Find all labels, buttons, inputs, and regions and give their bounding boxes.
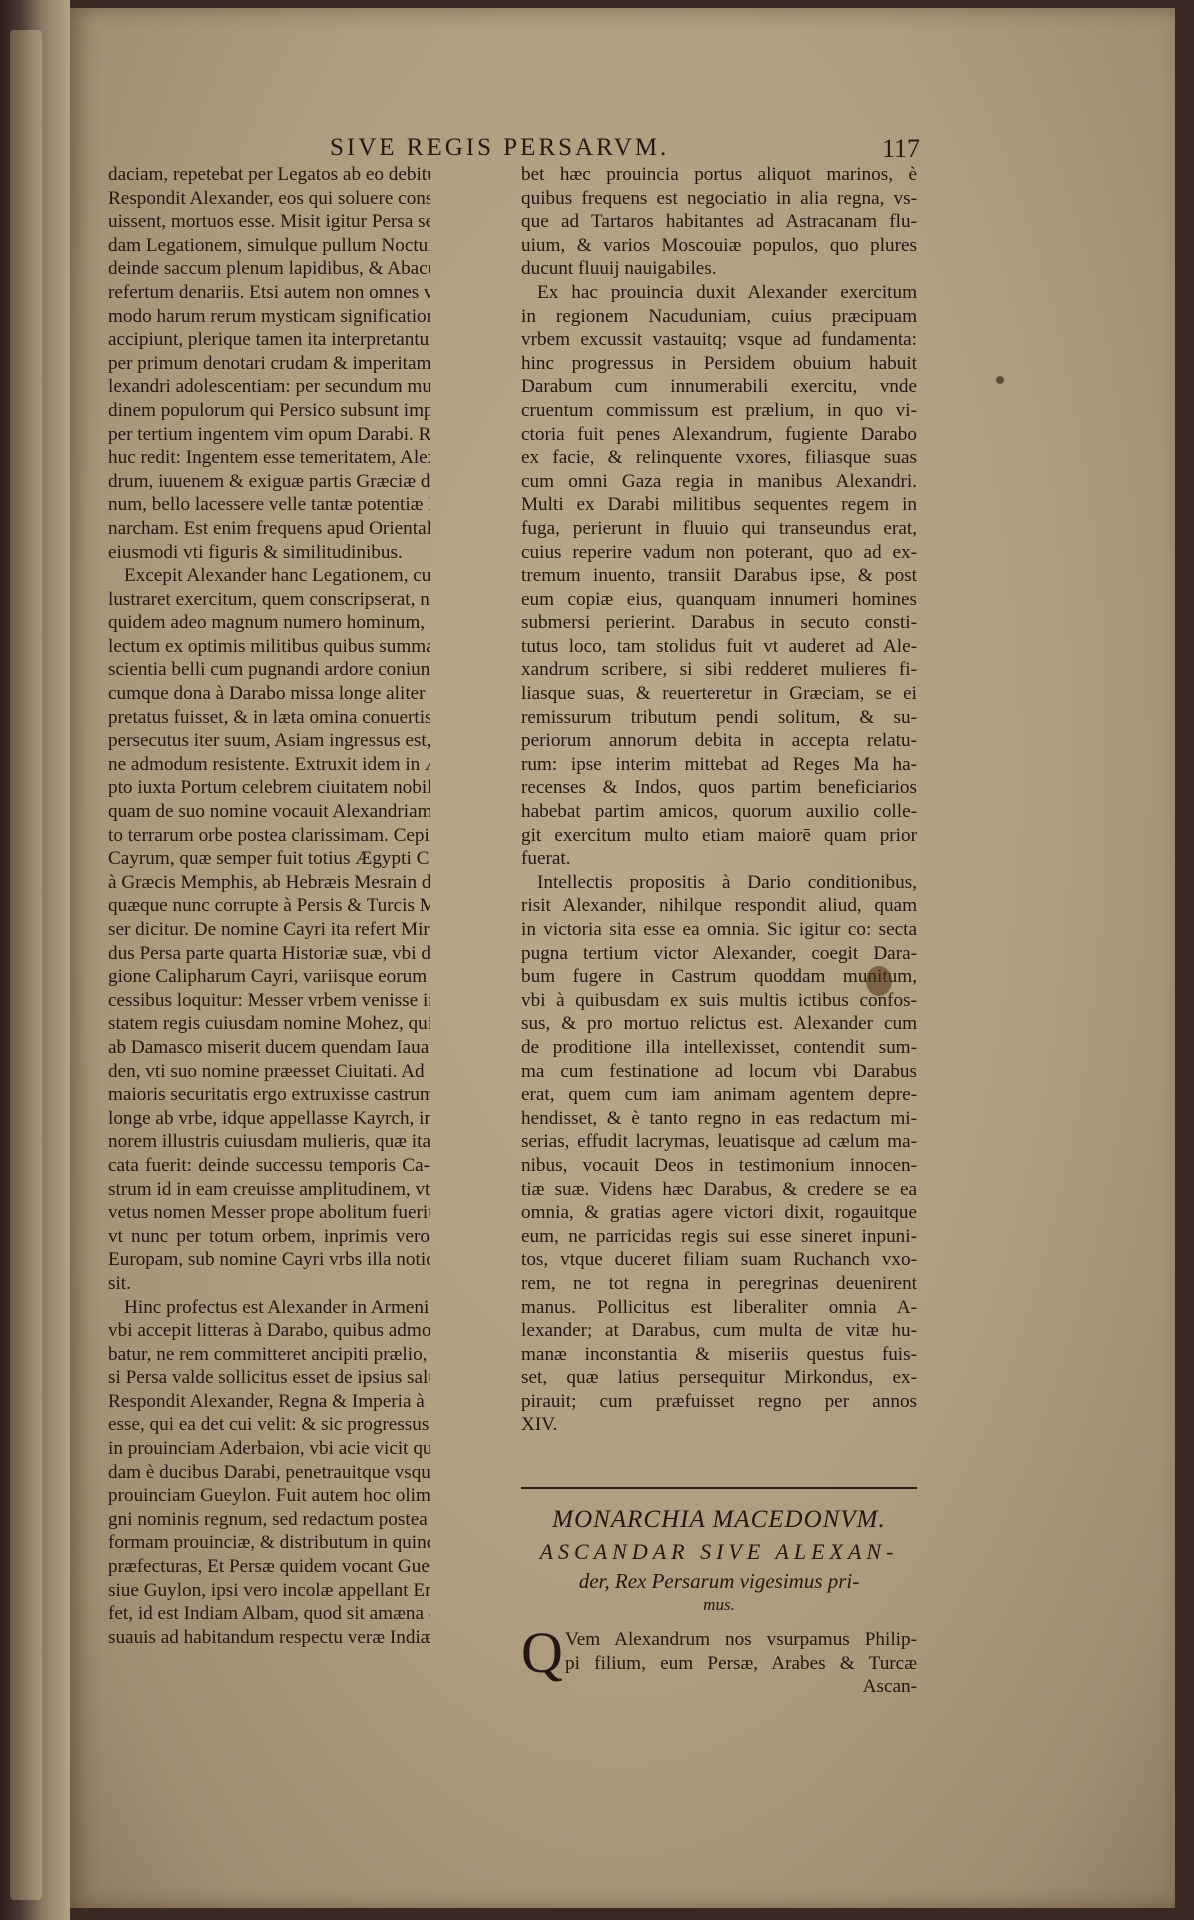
text-line: siue Guylon, ipsi vero incolæ appellant … — [108, 1579, 430, 1603]
text-line: Hinc profectus est Alexander in Armeniam… — [108, 1296, 430, 1320]
text-line: vrbem excussit vastauitq; vsque ad funda… — [521, 328, 917, 352]
text-line: serias, effudit lacrymas, leuatisque ad … — [521, 1130, 917, 1154]
text-line: Multi ex Darabi militibus sequentes rege… — [521, 493, 917, 517]
text-line: gni nominis regnum, sed redactum postea … — [108, 1508, 430, 1532]
text-line: periorum annorum debita in accepta relat… — [521, 729, 917, 753]
text-line: uium, & varios Moscouiæ populos, quo plu… — [521, 234, 917, 258]
text-line: pirauit; cum præfuisset regno per annos — [521, 1390, 917, 1414]
text-line: ma cum festinatione ad locum vbi Darabus — [521, 1060, 917, 1084]
text-line: batur, ne rem committeret ancipiti præli… — [108, 1343, 430, 1367]
text-line: ne admodum resistente. Extruxit idem in … — [108, 753, 430, 777]
text-line: cruentum commissum est prælium, in quo v… — [521, 399, 917, 423]
text-line: dam è ducibus Darabi, penetrauitque vsqu… — [108, 1461, 430, 1485]
text-line: formam prouinciæ, & distributum in quinq… — [108, 1531, 430, 1555]
text-line: to terrarum orbe postea clarissimam. Cep… — [108, 824, 430, 848]
text-line: cumque dona à Darabo missa longe aliter … — [108, 682, 430, 706]
text-line: fuga, perierunt in fluuio qui transeundu… — [521, 517, 917, 541]
right-text-column: bet hæc prouincia portus aliquot marinos… — [521, 163, 917, 1437]
text-line: eum copiæ eius, quanquam innumeri homine… — [521, 588, 917, 612]
text-line: Respondit Alexander, eos qui soluere con… — [108, 187, 430, 211]
text-line: quæque nunc corrupte à Persis & Turcis M… — [108, 894, 430, 918]
text-line: ducunt fluuij nauigabiles. — [521, 257, 917, 281]
text-line: Darabum cum innumerabili exercitu, vnde — [521, 375, 917, 399]
text-line: per primum denotari crudam & imperitam A… — [108, 352, 430, 376]
text-line: XIV. — [521, 1413, 917, 1437]
text-line: tos, vtque duceret filiam suam Ruchanch … — [521, 1248, 917, 1272]
text-line: uissent, mortuos esse. Misit igitur Pers… — [108, 210, 430, 234]
text-line: rum: ipse interim mittebat ad Reges Ma h… — [521, 753, 917, 777]
text-line: strum id in eam creuisse amplitudinem, v… — [108, 1178, 430, 1202]
text-line: refertum denariis. Etsi autem non omnes … — [108, 281, 430, 305]
text-line: sit. — [108, 1272, 430, 1296]
text-line: ab Damasco miserit ducem quendam Iauat C… — [108, 1036, 430, 1060]
text-line: statem regis cuiusdam nomine Mohez, qui … — [108, 1012, 430, 1036]
text-line: nibus, vocauit Deos in testimonium innoc… — [521, 1154, 917, 1178]
body-line: pi filium, eum Persæ, Arabes & Turcæ — [521, 1652, 917, 1676]
text-line: huc redit: Ingentem esse temeritatem, Al… — [108, 446, 430, 470]
text-line: num, bello lacessere velle tantæ potenti… — [108, 493, 430, 517]
text-line: fuerat. — [521, 847, 917, 871]
text-line: ser dicitur. De nomine Cayri ita refert … — [108, 918, 430, 942]
page-number: 117 — [882, 134, 920, 164]
text-line: vbi à quibusdam ex suis multis ictibus c… — [521, 989, 917, 1013]
text-line: eum, ne parricidas regis sui esse sinere… — [521, 1225, 917, 1249]
text-line: drum, iuuenem & exiguæ partis Græciæ dom… — [108, 470, 430, 494]
text-line: tutus loco, tam stolidus fuit vt auderet… — [521, 635, 917, 659]
text-line: in victoria sita esse ea omnia. Sic igit… — [521, 918, 917, 942]
text-line: lexander; at Darabus, cum multa de vitæ … — [521, 1319, 917, 1343]
section-divider-rule — [521, 1487, 917, 1489]
text-line: que ad Tartaros habitantes ad Astracanam… — [521, 210, 917, 234]
text-line: ctoria fuit penes Alexandrum, fugiente D… — [521, 423, 917, 447]
text-line: accipiunt, plerique tamen ita interpreta… — [108, 328, 430, 352]
text-line: manæ inconstantia & miseriis questus fui… — [521, 1343, 917, 1367]
catchword: Ascan- — [521, 1675, 917, 1699]
text-line: Excepit Alexander hanc Legationem, cum — [108, 564, 430, 588]
text-line: à Græcis Memphis, ab Hebræis Mesrain dic… — [108, 871, 430, 895]
section-body: Q Vem Alexandrum nos vsurpamus Philip- p… — [521, 1628, 917, 1699]
text-line: rem, ne tot regna in peregrinas deuenire… — [521, 1272, 917, 1296]
text-line: quam de suo nomine vocauit Alexandriam, … — [108, 800, 430, 824]
text-line: hinc progressus in Persidem obuium habui… — [521, 352, 917, 376]
text-line: Ex hac prouincia duxit Alexander exercit… — [521, 281, 917, 305]
text-line: liasque suas, & reuerteretur in Græciam,… — [521, 682, 917, 706]
ink-spot — [996, 376, 1004, 384]
text-line: risit Alexander, nihilque respondit aliu… — [521, 894, 917, 918]
text-line: habebat partim amicos, quorum auxilio co… — [521, 800, 917, 824]
text-line: tremum inuento, transiit Darabus ipse, &… — [521, 564, 917, 588]
text-line: hendisset, & è tanto regno in eas redact… — [521, 1107, 917, 1131]
text-line: deinde saccum plenum lapidibus, & Abacum — [108, 257, 430, 281]
text-line: si Persa valde sollicitus esset de ipsiu… — [108, 1366, 430, 1390]
book-binding-edge — [0, 0, 70, 1920]
text-line: vt nunc per totum orbem, inprimis vero — [108, 1225, 430, 1249]
text-line: in regionem Nacuduniam, cuius præcipuam — [521, 305, 917, 329]
adjacent-page-edge — [10, 30, 42, 1900]
text-line: cata fuerit: deinde successu temporis Ca… — [108, 1154, 430, 1178]
text-line: bet hæc prouincia portus aliquot marinos… — [521, 163, 917, 187]
text-line: Cayrum, quæ semper fuit totius Ægypti Ca… — [108, 847, 430, 871]
text-line: suauis ad habitandum respectu veræ Indiæ… — [108, 1626, 430, 1650]
text-line: remissurum tributum pendi solitum, & su- — [521, 706, 917, 730]
text-line: pto iuxta Portum celebrem ciuitatem nobi… — [108, 776, 430, 800]
text-line: scientia belli cum pugnandi ardore coniu… — [108, 658, 430, 682]
text-line: Europam, sub nomine Cayri vrbs illa noti… — [108, 1248, 430, 1272]
text-line: sus, & pro mortuo relictus est. Alexande… — [521, 1012, 917, 1036]
running-head-title: SIVE REGIS PERSARVM. — [330, 134, 669, 161]
text-line: prouinciam Gueylon. Fuit autem hoc olim … — [108, 1484, 430, 1508]
text-line: norem illustris cuiusdam mulieris, quæ i… — [108, 1130, 430, 1154]
text-line: pretatus fuisset, & in læta omina conuer… — [108, 706, 430, 730]
text-line: bum fugere in Castrum quoddam munitum, — [521, 965, 917, 989]
heading-line-3: der, Rex Persarum vigesimus pri- — [521, 1568, 917, 1594]
text-line: dinem populorum qui Persico subsunt impe… — [108, 399, 430, 423]
text-line: in prouinciam Aderbaion, vbi acie vicit … — [108, 1437, 430, 1461]
text-line: submersi perierint. Darabus in secuto co… — [521, 611, 917, 635]
text-line: narcham. Est enim frequens apud Oriental… — [108, 517, 430, 541]
text-line: ex facie, & relinquente vxores, filiasqu… — [521, 446, 917, 470]
text-line: quibus frequens est negociatio in alia r… — [521, 187, 917, 211]
text-line: pugna tertium victor Alexander, coegit D… — [521, 942, 917, 966]
text-line: erat, quem cum iam animam agentem depre- — [521, 1083, 917, 1107]
text-line: longe ab vrbe, idque appellasse Kayrch, … — [108, 1107, 430, 1131]
text-line: git exercitum multo etiam maiorē quam pr… — [521, 824, 917, 848]
text-line: Intellectis propositis à Dario condition… — [521, 871, 917, 895]
text-line: xandrum scribere, si sibi redderet mulie… — [521, 658, 917, 682]
drop-cap: Q — [521, 1626, 563, 1680]
left-text-column: daciam, repetebat per Legatos ab eo debi… — [108, 163, 430, 1649]
body-line: Vem Alexandrum nos vsurpamus Philip- — [521, 1628, 917, 1652]
section-heading: MONARCHIA MACEDONVM. ASCANDAR SIVE ALEXA… — [521, 1504, 917, 1616]
text-line: cum omni Gaza regia in manibus Alexandri… — [521, 470, 917, 494]
text-line: eiusmodi vti figuris & similitudinibus. — [108, 541, 430, 565]
text-line: manus. Pollicitus est liberaliter omnia … — [521, 1296, 917, 1320]
text-line: vetus nomen Messer prope abolitum fuerit… — [108, 1201, 430, 1225]
text-line: lexandri adolescentiam: per secundum mul… — [108, 375, 430, 399]
text-line: cessibus loquitur: Messer vrbem venisse … — [108, 989, 430, 1013]
text-line: fet, id est Indiam Albam, quod sit amæna… — [108, 1602, 430, 1626]
ink-stain — [866, 966, 892, 996]
text-line: tiæ suæ. Videns hæc Darabus, & credere s… — [521, 1178, 917, 1202]
running-head: SIVE REGIS PERSARVM. 117 — [330, 134, 910, 162]
text-line: lectum ex optimis militibus quibus summa… — [108, 635, 430, 659]
text-line: per tertium ingentem vim opum Darabi. Re… — [108, 423, 430, 447]
text-line: lustraret exercitum, quem conscripserat,… — [108, 588, 430, 612]
text-line: vbi accepit litteras à Darabo, quibus ad… — [108, 1319, 430, 1343]
text-line: modo harum rerum mysticam significatione… — [108, 305, 430, 329]
heading-line-4: mus. — [521, 1594, 917, 1616]
text-line: gione Calipharum Cayri, variisque eorum … — [108, 965, 430, 989]
text-line: recenses & Indos, quos partim beneficiar… — [521, 776, 917, 800]
heading-line-2: ASCANDAR SIVE ALEXAN- — [521, 1536, 917, 1568]
text-line: præfecturas, Et Persæ quidem vocant Guey… — [108, 1555, 430, 1579]
text-line: quidem adeo magnum numero hominum, sed — [108, 611, 430, 635]
text-line: omnia, & gratias agere victori dixit, ro… — [521, 1201, 917, 1225]
text-line: dus Persa parte quarta Historiæ suæ, vbi… — [108, 942, 430, 966]
text-line: esse, qui ea det cui velit: & sic progre… — [108, 1413, 430, 1437]
text-line: cuius reperire vadum non poterant, quo a… — [521, 541, 917, 565]
text-line: den, vti suo nomine præesset Ciuitati. A… — [108, 1060, 430, 1084]
text-line: de proditione illa intellexisset, conten… — [521, 1036, 917, 1060]
heading-line-1: MONARCHIA MACEDONVM. — [521, 1504, 917, 1536]
text-line: dam Legationem, simulque pullum Noctuinū… — [108, 234, 430, 258]
text-line: set, quæ latius persequitur Mirkondus, e… — [521, 1366, 917, 1390]
text-line: maioris securitatis ergo extruxisse cast… — [108, 1083, 430, 1107]
text-line: persecutus iter suum, Asiam ingressus es… — [108, 729, 430, 753]
text-line: Respondit Alexander, Regna & Imperia à D… — [108, 1390, 430, 1414]
text-line: daciam, repetebat per Legatos ab eo debi… — [108, 163, 430, 187]
